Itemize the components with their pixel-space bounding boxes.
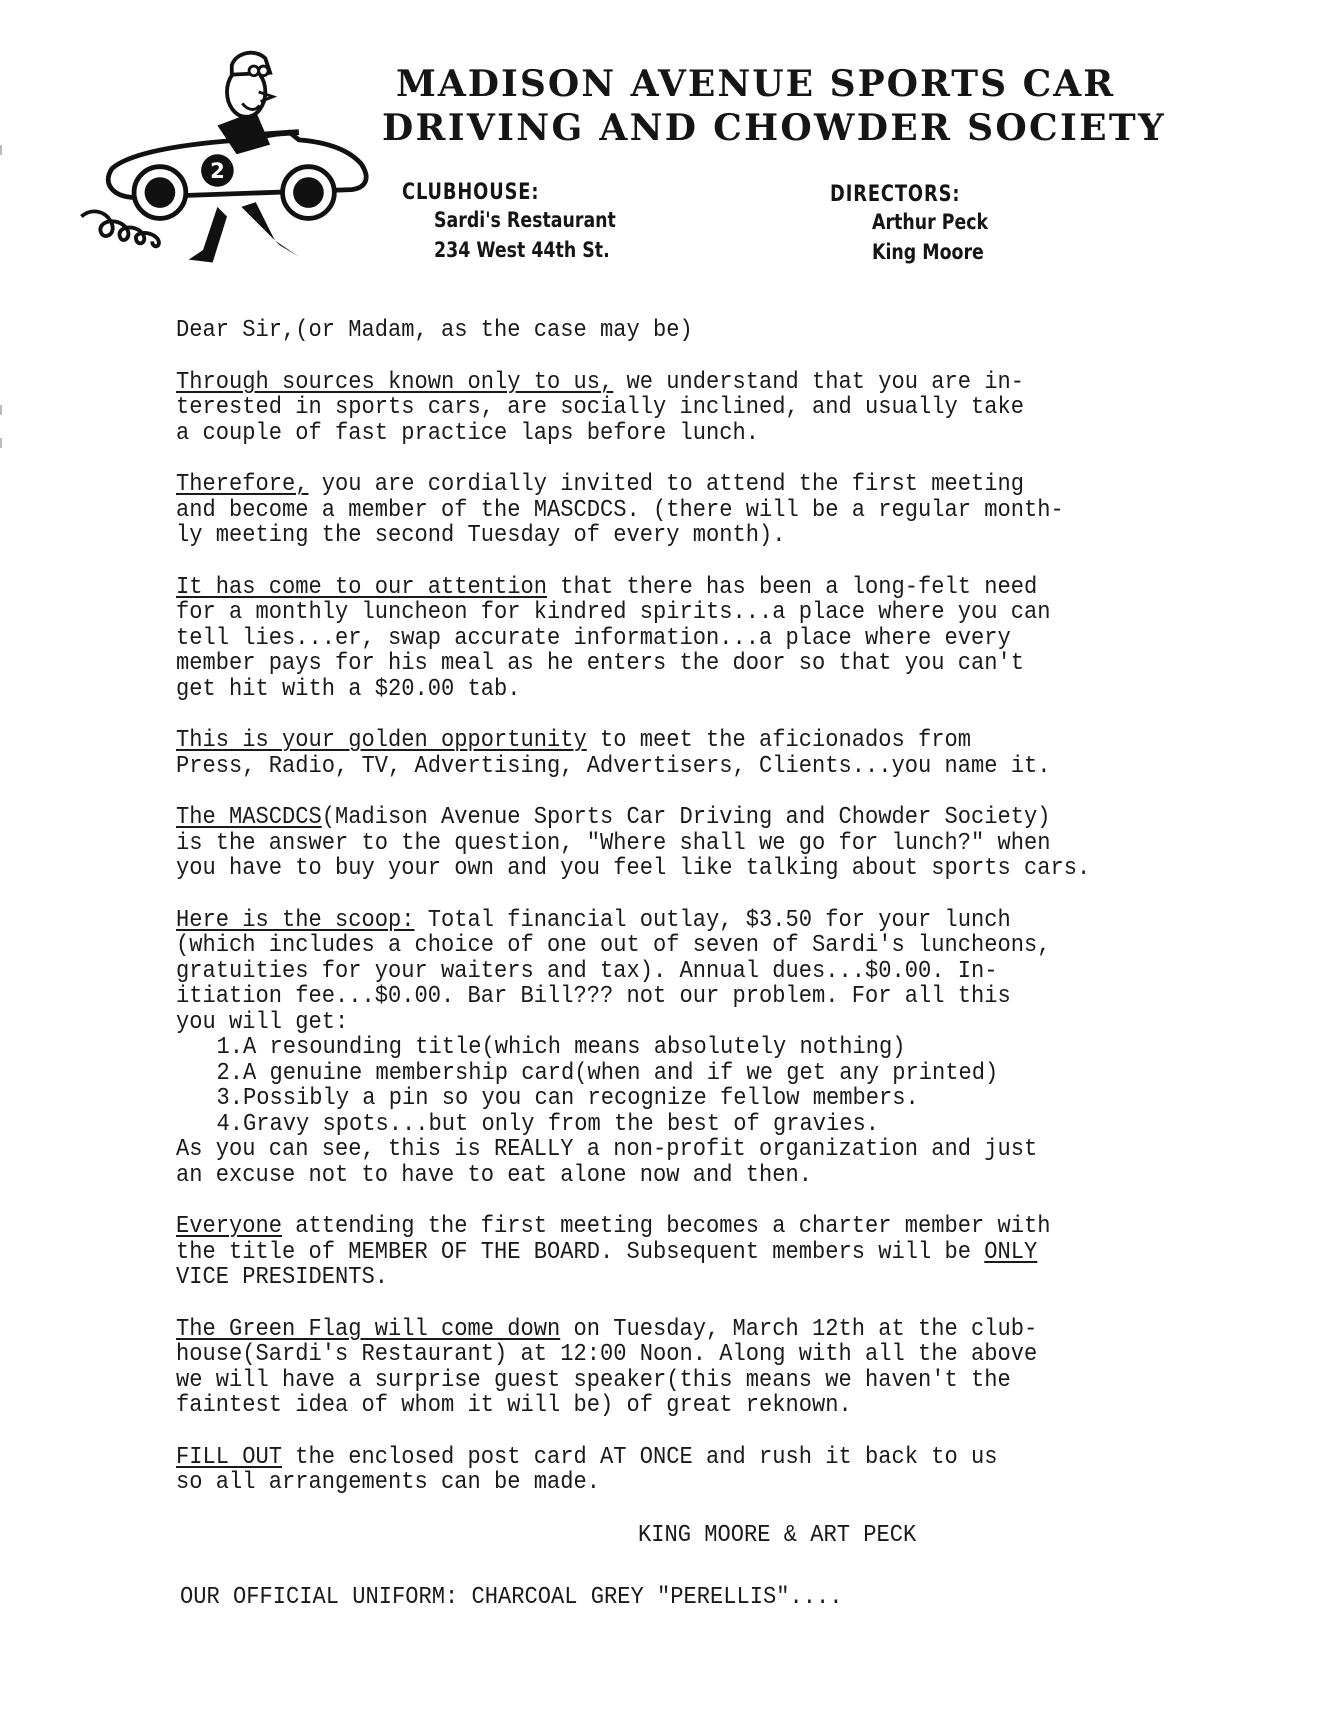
paragraph: The Green Flag will come down on Tuesday… (176, 1317, 1188, 1419)
text-line: is the answer to the question, "Where sh… (176, 831, 1188, 857)
paragraph: Here is the scoop: Total financial outla… (176, 908, 1188, 1189)
underlined-lead: Everyone (176, 1213, 282, 1240)
text-line: faintest idea of whom it will be) of gre… (176, 1393, 1188, 1419)
scan-mark (0, 145, 2, 155)
text-line: The MASCDCS(Madison Avenue Sports Car Dr… (176, 805, 1188, 831)
director-name: King Moore (872, 237, 988, 267)
paragraphs: Through sources known only to us, we und… (176, 370, 1188, 1496)
paragraph: Through sources known only to us, we und… (176, 370, 1188, 447)
text-line: member pays for his meal as he enters th… (176, 651, 1188, 677)
underlined-lead: Through sources known only to us, (176, 369, 613, 396)
paragraph: FILL OUT the enclosed post card AT ONCE … (176, 1445, 1188, 1496)
text-line: It has come to our attention that there … (176, 575, 1188, 601)
paragraph: Everyone attending the first meeting bec… (176, 1214, 1188, 1291)
underlined-word: ONLY (984, 1239, 1037, 1266)
text-line: so all arrangements can be made. (176, 1470, 1188, 1496)
svg-text:2: 2 (210, 158, 225, 183)
clubhouse-address: 234 West 44th St. (434, 235, 616, 265)
underlined-lead: It has come to our attention (176, 574, 547, 601)
paragraph: Therefore, you are cordially invited to … (176, 472, 1188, 549)
directors-block: DIRECTORS: Arthur Peck King Moore (830, 182, 998, 267)
list-item: 3.Possibly a pin so you can recognize fe… (176, 1086, 1188, 1112)
title-line-1: MADISON AVENUE SPORTS CAR (396, 62, 1296, 106)
text-line: Press, Radio, TV, Advertising, Advertise… (176, 754, 1188, 780)
text-line: As you can see, this is REALLY a non-pro… (176, 1137, 1188, 1163)
text-line: (which includes a choice of one out of s… (176, 933, 1188, 959)
list-item: 4.Gravy spots...but only from the best o… (176, 1112, 1188, 1138)
scan-mark (0, 438, 2, 448)
text-line: get hit with a $20.00 tab. (176, 677, 1188, 703)
text-line: gratuities for your waiters and tax). An… (176, 959, 1188, 985)
text-line: Therefore, you are cordially invited to … (176, 472, 1188, 498)
text-line: for a monthly luncheon for kindred spiri… (176, 600, 1188, 626)
text-line: itiation fee...$0.00. Bar Bill??? not ou… (176, 984, 1188, 1010)
paragraph: This is your golden opportunity to meet … (176, 728, 1188, 779)
text-line: you will get: (176, 1010, 1188, 1036)
director-name: Arthur Peck (872, 207, 988, 237)
underlined-lead: This is your golden opportunity (176, 727, 587, 754)
letter-body: Dear Sir,(or Madam, as the case may be) … (176, 318, 1188, 1522)
text-line: ly meeting the second Tuesday of every m… (176, 523, 1188, 549)
directors-label: DIRECTORS: (830, 182, 981, 207)
postscript: OUR OFFICIAL UNIFORM: CHARCOAL GREY "PER… (180, 1584, 843, 1611)
text-line: The Green Flag will come down on Tuesday… (176, 1317, 1188, 1343)
text-line: an excuse not to have to eat alone now a… (176, 1163, 1188, 1189)
list-item: 1.A resounding title(which means absolut… (176, 1035, 1188, 1061)
underlined-lead: Therefore, (176, 471, 309, 498)
text-line: Everyone attending the first meeting bec… (176, 1214, 1188, 1240)
text-line: FILL OUT the enclosed post card AT ONCE … (176, 1445, 1188, 1471)
text-line: VICE PRESIDENTS. (176, 1265, 1188, 1291)
list-item: 2.A genuine membership card(when and if … (176, 1061, 1188, 1087)
underlined-lead: The Green Flag will come down (176, 1316, 560, 1343)
title-line-2: DRIVING AND CHOWDER SOCIETY (382, 106, 1296, 150)
salutation: Dear Sir,(or Madam, as the case may be) (176, 318, 1188, 344)
paragraph: The MASCDCS(Madison Avenue Sports Car Dr… (176, 805, 1188, 882)
text-line: tell lies...er, swap accurate informatio… (176, 626, 1188, 652)
paragraph: It has come to our attention that there … (176, 575, 1188, 703)
text-line: Here is the scoop: Total financial outla… (176, 908, 1188, 934)
letter-page: 2 MADISON AVENUE SPORTS CAR DRIVING AND … (0, 0, 1320, 1710)
underlined-lead: FILL OUT (176, 1444, 282, 1471)
text-line: terested in sports cars, are socially in… (176, 395, 1188, 421)
clubhouse-label: CLUBHOUSE: (402, 180, 609, 205)
clubhouse-name: Sardi's Restaurant (434, 205, 616, 235)
text-line: we will have a surprise guest speaker(th… (176, 1368, 1188, 1394)
cartoon-driver-sports-car-icon: 2 (72, 44, 382, 274)
text-line: This is your golden opportunity to meet … (176, 728, 1188, 754)
underlined-lead: Here is the scoop: (176, 907, 415, 934)
text-line: a couple of fast practice laps before lu… (176, 421, 1188, 447)
signature: KING MOORE & ART PECK (638, 1522, 916, 1549)
scan-mark (0, 405, 2, 415)
text-line: house(Sardi's Restaurant) at 12:00 Noon.… (176, 1342, 1188, 1368)
text-line: and become a member of the MASCDCS. (the… (176, 498, 1188, 524)
text-line: the title of MEMBER OF THE BOARD. Subseq… (176, 1240, 1188, 1266)
underlined-lead: The MASCDCS (176, 804, 322, 831)
clubhouse-block: CLUBHOUSE: Sardi's Restaurant 234 West 4… (402, 180, 632, 265)
text-line: Through sources known only to us, we und… (176, 370, 1188, 396)
text-line: you have to buy your own and you feel li… (176, 856, 1188, 882)
society-title: MADISON AVENUE SPORTS CAR DRIVING AND CH… (396, 62, 1296, 150)
